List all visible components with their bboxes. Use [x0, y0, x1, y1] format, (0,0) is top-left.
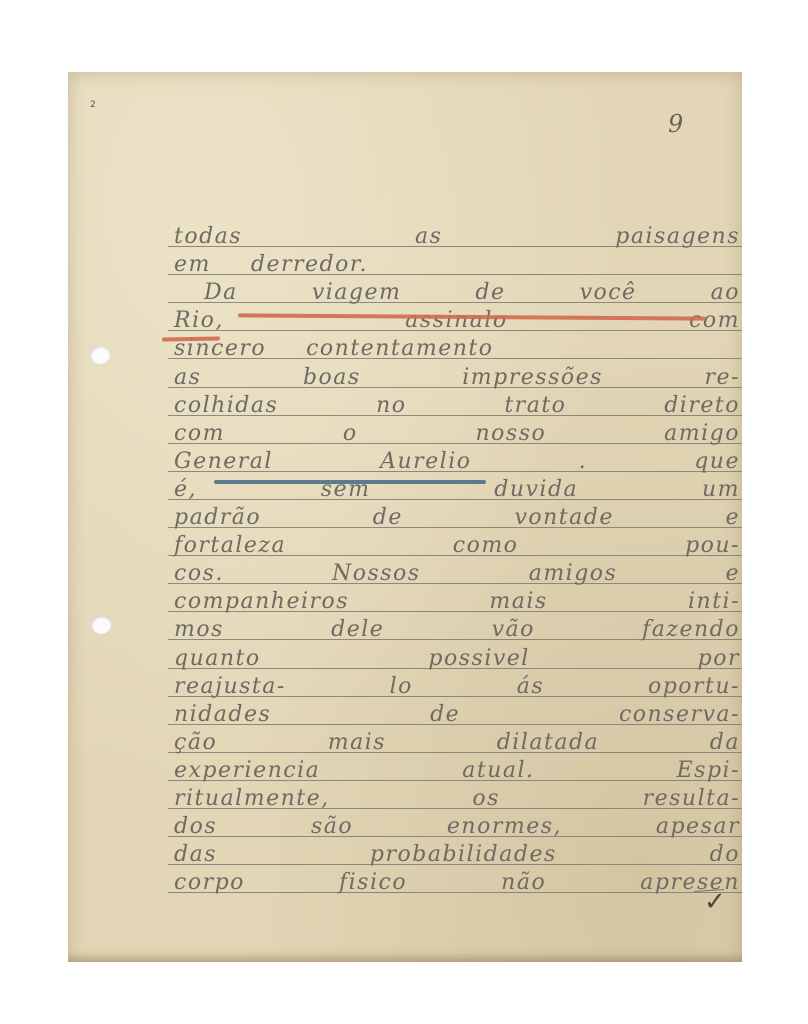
page-number: 9	[668, 110, 683, 138]
handwritten-line: ritualmente,osresulta-	[174, 784, 740, 810]
handwritten-word: vontade	[514, 507, 613, 529]
handwritten-word: da	[710, 732, 740, 754]
handwritten-word: possivel	[428, 648, 529, 670]
handwritten-word: fortaleza	[174, 535, 286, 557]
handwritten-word: viagem	[312, 282, 402, 304]
handwritten-word: pou-	[685, 535, 740, 557]
handwritten-line: fortalezacomopou-	[174, 531, 740, 557]
handwritten-word: o	[343, 423, 358, 445]
handwritten-word: atual.	[462, 760, 534, 782]
handwritten-line: dossãoenormes,apesar	[174, 812, 740, 838]
handwritten-word: General	[174, 451, 273, 473]
handwritten-word: no	[376, 395, 406, 417]
handwritten-line: padrãodevontadee	[174, 503, 740, 529]
manuscript-page: 2 9 todasaspaisagensemderredor.Daviagemd…	[68, 72, 742, 962]
handwritten-word: amigos	[529, 563, 618, 585]
handwritten-word: em	[174, 254, 211, 276]
checkmark-icon: ✓	[704, 887, 726, 917]
handwritten-word: você	[580, 282, 637, 304]
handwritten-line: nidadesdeconserva-	[174, 700, 740, 726]
handwritten-word: dele	[331, 619, 384, 641]
handwritten-word: os	[472, 788, 500, 810]
handwritten-word: conserva-	[619, 704, 740, 726]
handwritten-word: do	[710, 844, 740, 866]
handwritten-line: corpofisiconãoapresen	[174, 868, 740, 894]
handwritten-word: fisico	[339, 872, 407, 894]
handwritten-word: que	[694, 451, 740, 473]
handwritten-line: sincerocontentamento	[174, 334, 740, 360]
handwritten-line: emderredor.	[174, 250, 740, 276]
handwritten-word: as	[415, 226, 442, 248]
handwritten-word: assinalo	[405, 310, 507, 332]
handwritten-word: trato	[504, 395, 566, 417]
handwritten-word: nosso	[476, 423, 547, 445]
handwritten-word: por	[698, 648, 740, 670]
handwritten-word: de	[430, 704, 460, 726]
handwritten-line: GeneralAurelio.que	[174, 447, 740, 473]
handwritten-word: impressões	[462, 367, 603, 389]
handwritten-word: cos.	[174, 563, 224, 585]
handwritten-word: derredor.	[251, 254, 368, 276]
handwritten-word: nidades	[174, 704, 271, 726]
handwritten-line: çãomaisdilatadada	[174, 728, 740, 754]
handwritten-word: companheiros	[174, 591, 349, 613]
handwritten-word: colhidas	[174, 395, 278, 417]
handwritten-word: fazendo	[642, 619, 740, 641]
handwritten-word: corpo	[174, 872, 245, 894]
handwritten-word: oportu-	[648, 676, 740, 698]
handwritten-word: de	[475, 282, 505, 304]
handwritten-line: companheirosmaisinti-	[174, 587, 740, 613]
handwritten-word: lo	[390, 676, 413, 698]
handwritten-word: ritualmente,	[174, 788, 330, 810]
handwritten-word: sincero	[174, 338, 266, 360]
handwritten-line: reajusta-loásoportu-	[174, 672, 740, 698]
corner-mark: 2	[90, 100, 96, 110]
handwritten-word: amigo	[664, 423, 740, 445]
handwritten-line: mosdelevãofazendo	[174, 615, 740, 641]
handwritten-word: Espi-	[677, 760, 740, 782]
handwritten-word: .	[579, 451, 588, 473]
handwritten-word: experiencia	[174, 760, 320, 782]
handwritten-word: probabilidades	[370, 844, 557, 866]
punch-hole-upper	[90, 346, 110, 364]
handwritten-word: duvida	[494, 479, 578, 501]
punch-hole-lower	[91, 616, 111, 634]
handwritten-word: com	[689, 310, 740, 332]
handwritten-word: todas	[174, 226, 242, 248]
handwritten-word: Rio,	[174, 310, 224, 332]
handwritten-word: quanto	[174, 648, 261, 670]
handwritten-line: experienciaatual.Espi-	[174, 756, 740, 782]
handwritten-line: colhidasnotratodireto	[174, 391, 740, 417]
handwritten-word: Da	[204, 282, 238, 304]
handwritten-word: direto	[664, 395, 740, 417]
handwritten-word: um	[702, 479, 740, 501]
handwritten-word: contentamento	[306, 338, 493, 360]
handwritten-word: são	[311, 816, 353, 838]
handwritten-word: mais	[489, 591, 547, 613]
handwritten-word: de	[373, 507, 403, 529]
blue-underline-general-aurelio	[214, 480, 486, 484]
handwritten-word: ás	[517, 676, 544, 698]
handwritten-word: re-	[704, 367, 739, 389]
handwritten-word: não	[501, 872, 546, 894]
handwritten-line: todasaspaisagens	[174, 222, 740, 248]
handwritten-word: as	[174, 367, 201, 389]
handwritten-word: mais	[328, 732, 386, 754]
handwritten-line: é,semduvidaum	[174, 475, 740, 501]
handwritten-word: reajusta-	[174, 676, 286, 698]
handwritten-word: apesar	[656, 816, 740, 838]
handwritten-word: Nossos	[332, 563, 421, 585]
handwritten-word: boas	[303, 367, 361, 389]
handwritten-word: dos	[174, 816, 217, 838]
handwritten-line: asboasimpressõesre-	[174, 363, 740, 389]
handwritten-word: mos	[174, 619, 224, 641]
handwritten-line: dasprobabilidadesdo	[174, 840, 740, 866]
handwritten-word: é,	[174, 479, 197, 501]
handwritten-word: enormes,	[447, 816, 562, 838]
handwritten-line: Daviagemdevocêao	[174, 278, 740, 304]
handwritten-word: ção	[174, 732, 217, 754]
handwritten-word: resulta-	[643, 788, 740, 810]
handwritten-word: como	[453, 535, 519, 557]
handwritten-line: cos.Nossosamigose	[174, 559, 740, 585]
handwritten-word: e	[725, 507, 740, 529]
handwritten-word: das	[174, 844, 217, 866]
handwritten-word: Aurelio	[380, 451, 471, 473]
handwritten-word: paisagens	[615, 226, 740, 248]
handwritten-word: dilatada	[497, 732, 599, 754]
handwritten-word: e	[725, 563, 740, 585]
handwritten-word: padrão	[174, 507, 261, 529]
handwritten-line: quantopossivelpor	[174, 644, 740, 670]
handwritten-word: inti-	[688, 591, 740, 613]
page-edge-shadow	[68, 952, 742, 962]
handwritten-line: comonossoamigo	[174, 419, 740, 445]
handwritten-word: com	[174, 423, 225, 445]
handwritten-word: ao	[711, 282, 740, 304]
handwritten-word: vão	[492, 619, 535, 641]
